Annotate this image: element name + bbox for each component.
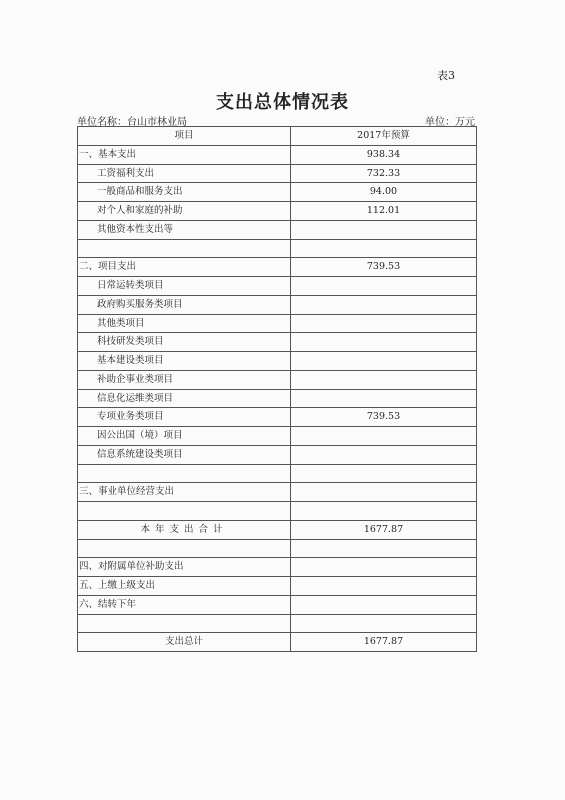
row-value: 112.01 — [291, 202, 477, 221]
row-item: 专项业务类项目 — [78, 408, 291, 427]
row-item: 信息系统建设类项目 — [78, 445, 291, 464]
row-item — [78, 614, 291, 633]
row-item: 一、基本支出 — [78, 145, 291, 164]
table-row: 五、上缴上级支出 — [78, 577, 477, 596]
table-header-row: 项目 2017年预算 — [78, 127, 477, 146]
row-value: 739.53 — [291, 408, 477, 427]
row-item: 补助企事业类项目 — [78, 370, 291, 389]
table-row: 四、对附属单位补助支出 — [78, 558, 477, 577]
row-item — [78, 502, 291, 521]
header-budget: 2017年预算 — [291, 127, 477, 146]
row-item: 支出总计 — [78, 633, 291, 652]
row-value — [291, 595, 477, 614]
row-value — [291, 427, 477, 446]
row-value: 938.34 — [291, 145, 477, 164]
table-row: 工资福利支出732.33 — [78, 164, 477, 183]
row-value: 1677.87 — [291, 633, 477, 652]
table-row — [78, 239, 477, 258]
row-value — [291, 577, 477, 596]
table-row: 补助企事业类项目 — [78, 370, 477, 389]
row-value — [291, 464, 477, 483]
row-value — [291, 483, 477, 502]
row-value: 1677.87 — [291, 520, 477, 539]
table-row: 政府购买服务类项目 — [78, 295, 477, 314]
row-item: 一般商品和服务支出 — [78, 183, 291, 202]
table-row: 其他资本性支出等 — [78, 220, 477, 239]
table-row: 日常运转类项目 — [78, 277, 477, 296]
expenditure-table: 项目 2017年预算 一、基本支出938.34 工资福利支出732.33 一般商… — [77, 126, 477, 652]
table-row: 专项业务类项目739.53 — [78, 408, 477, 427]
row-value: 732.33 — [291, 164, 477, 183]
row-value: 739.53 — [291, 258, 477, 277]
row-item — [78, 539, 291, 558]
row-value — [291, 295, 477, 314]
table-row: 科技研发类项目 — [78, 333, 477, 352]
table-row — [78, 464, 477, 483]
row-value — [291, 614, 477, 633]
header-item: 项目 — [78, 127, 291, 146]
row-item: 政府购买服务类项目 — [78, 295, 291, 314]
total-row: 支出总计1677.87 — [78, 633, 477, 652]
row-item: 对个人和家庭的补助 — [78, 202, 291, 221]
table-row: 一、基本支出938.34 — [78, 145, 477, 164]
table-row: 一般商品和服务支出94.00 — [78, 183, 477, 202]
table-row: 三、事业单位经营支出 — [78, 483, 477, 502]
row-item: 因公出国（境）项目 — [78, 427, 291, 446]
row-value — [291, 445, 477, 464]
row-value — [291, 389, 477, 408]
row-item: 其他类项目 — [78, 314, 291, 333]
row-item: 二、项目支出 — [78, 258, 291, 277]
row-value — [291, 370, 477, 389]
row-value — [291, 220, 477, 239]
table-row: 基本建设类项目 — [78, 352, 477, 371]
subtotal-row: 本年支出合计1677.87 — [78, 520, 477, 539]
row-value — [291, 558, 477, 577]
row-value — [291, 314, 477, 333]
row-item: 六、结转下年 — [78, 595, 291, 614]
row-item: 其他资本性支出等 — [78, 220, 291, 239]
row-value — [291, 239, 477, 258]
table-row: 信息系统建设类项目 — [78, 445, 477, 464]
table-row: 其他类项目 — [78, 314, 477, 333]
row-item: 四、对附属单位补助支出 — [78, 558, 291, 577]
table-row: 对个人和家庭的补助112.01 — [78, 202, 477, 221]
row-item: 科技研发类项目 — [78, 333, 291, 352]
page-title: 支出总体情况表 — [0, 88, 565, 114]
row-item: 日常运转类项目 — [78, 277, 291, 296]
table-row: 因公出国（境）项目 — [78, 427, 477, 446]
row-value — [291, 333, 477, 352]
row-item: 工资福利支出 — [78, 164, 291, 183]
table-number: 表3 — [437, 67, 455, 83]
row-value — [291, 502, 477, 521]
row-item — [78, 464, 291, 483]
row-item: 三、事业单位经营支出 — [78, 483, 291, 502]
table-row — [78, 614, 477, 633]
table-row — [78, 539, 477, 558]
row-value: 94.00 — [291, 183, 477, 202]
table-row: 信息化运维类项目 — [78, 389, 477, 408]
row-item: 本年支出合计 — [78, 520, 291, 539]
table-row: 二、项目支出739.53 — [78, 258, 477, 277]
row-item: 信息化运维类项目 — [78, 389, 291, 408]
table-row: 六、结转下年 — [78, 595, 477, 614]
table-row — [78, 502, 477, 521]
row-item — [78, 239, 291, 258]
row-value — [291, 539, 477, 558]
row-value — [291, 352, 477, 371]
row-value — [291, 277, 477, 296]
row-item: 五、上缴上级支出 — [78, 577, 291, 596]
row-item: 基本建设类项目 — [78, 352, 291, 371]
